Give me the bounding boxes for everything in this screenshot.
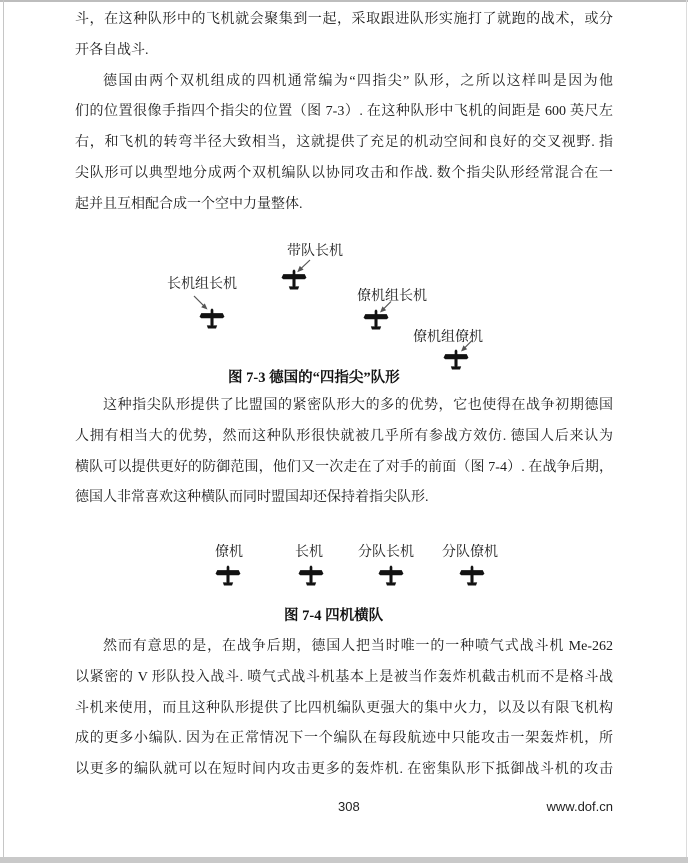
label-element-wingman: 分队僚机 [442, 545, 498, 560]
aircraft-icon [459, 564, 485, 587]
aircraft-icon [378, 564, 404, 587]
body-text-line: 横队可以提供更好的防御范围，他们又一次走在了对手的前面（图 7-4）. 在战争后… [75, 453, 613, 484]
body-text-line: 们的位置很像手指四个指尖的位置（图 7-3）. 在这种队形中飞机的间距是 600… [75, 97, 613, 128]
body-text-line: 成的更多小编队. 因为在正常情况下一个编队在每段航迹中只能攻击一架轰炸机，所 [75, 724, 613, 755]
aircraft-icon [215, 564, 241, 587]
body-text-line: 这种指尖队形提供了比盟国的紧密队形大的多的优势，它也使得在战争初期德国 [75, 391, 613, 422]
website-url: www.dof.cn [547, 799, 613, 814]
label-element-leader: 分队长机 [358, 545, 414, 560]
page-bottom-edge [0, 857, 688, 863]
aircraft-icon [298, 564, 324, 587]
aircraft-icon [199, 307, 225, 330]
label-lead-element-leader: 长机组长机 [167, 277, 237, 292]
body-text-line: 开各自战斗. [75, 36, 613, 67]
body-text-line: 右，和飞机的转弯半径大致相当，这就提供了充足的机动空间和良好的交叉视野. 指 [75, 128, 613, 159]
label-flight-lead: 带队长机 [287, 244, 343, 259]
figure-7-4-caption: 图 7-4 四机横队 [284, 604, 383, 625]
body-text-line: 起并且互相配合成一个空中力量整体. [75, 190, 613, 221]
body-text-line: 斗，在这种队形中的飞机就会聚集到一起，采取跟进队形实施打了就跑的战术，或分 [75, 5, 613, 36]
body-text-line: 尖队形可以典型地分成两个双机编队以协同攻击和作战. 数个指尖队形经常混合在一 [75, 159, 613, 190]
page-right-edge [686, 0, 687, 863]
body-text-line: 以紧密的 V 形队投入战斗. 喷气式战斗机基本上是被当作轰炸机截击机而不是格斗战 [75, 663, 613, 694]
body-text-line: 人拥有相当大的优势，然而这种队形很快就被几乎所有参战方效仿. 德国人后来认为 [75, 422, 613, 453]
body-text-line: 以更多的编队就可以在短时间内攻击更多的轰炸机. 在密集队形下抵御战斗机的攻击 [75, 755, 613, 786]
body-text-line: 斗机来使用，而且这种队形提供了比四机编队更强大的集中火力，以及以有限飞机构 [75, 694, 613, 725]
body-text-line: 然而有意思的是，在战争后期，德国人把当时唯一的一种喷气式战斗机 Me-262 [75, 632, 613, 663]
page-left-edge [3, 0, 4, 863]
document-page: 斗，在这种队形中的飞机就会聚集到一起，采取跟进队形实施打了就跑的战术，或分 开各… [0, 0, 688, 863]
page-number: 308 [338, 799, 360, 814]
label-leader: 长机 [295, 545, 323, 560]
text-block-middle: 这种指尖队形提供了比盟国的紧密队形大的多的优势，它也使得在战争初期德国 人拥有相… [75, 391, 613, 514]
text-block-bottom: 然而有意思的是，在战争后期，德国人把当时唯一的一种喷气式战斗机 Me-262 以… [75, 632, 613, 786]
aircraft-icon [363, 308, 389, 331]
aircraft-icon [443, 348, 469, 371]
page-top-edge [0, 0, 688, 2]
body-text-line: 德国人非常喜欢这种横队而同时盟国却还保持着指尖队形. [75, 483, 613, 514]
aircraft-icon [281, 268, 307, 291]
figure-7-3-caption: 图 7-3 德国的“四指尖”队形 [228, 366, 400, 387]
label-wingman: 僚机 [215, 545, 243, 560]
body-text-line: 德国由两个双机组成的四机通常编为“四指尖” 队形，之所以这样叫是因为他 [75, 67, 613, 98]
text-block-top: 斗，在这种队形中的飞机就会聚集到一起，采取跟进队形实施打了就跑的战术，或分 开各… [75, 5, 613, 221]
